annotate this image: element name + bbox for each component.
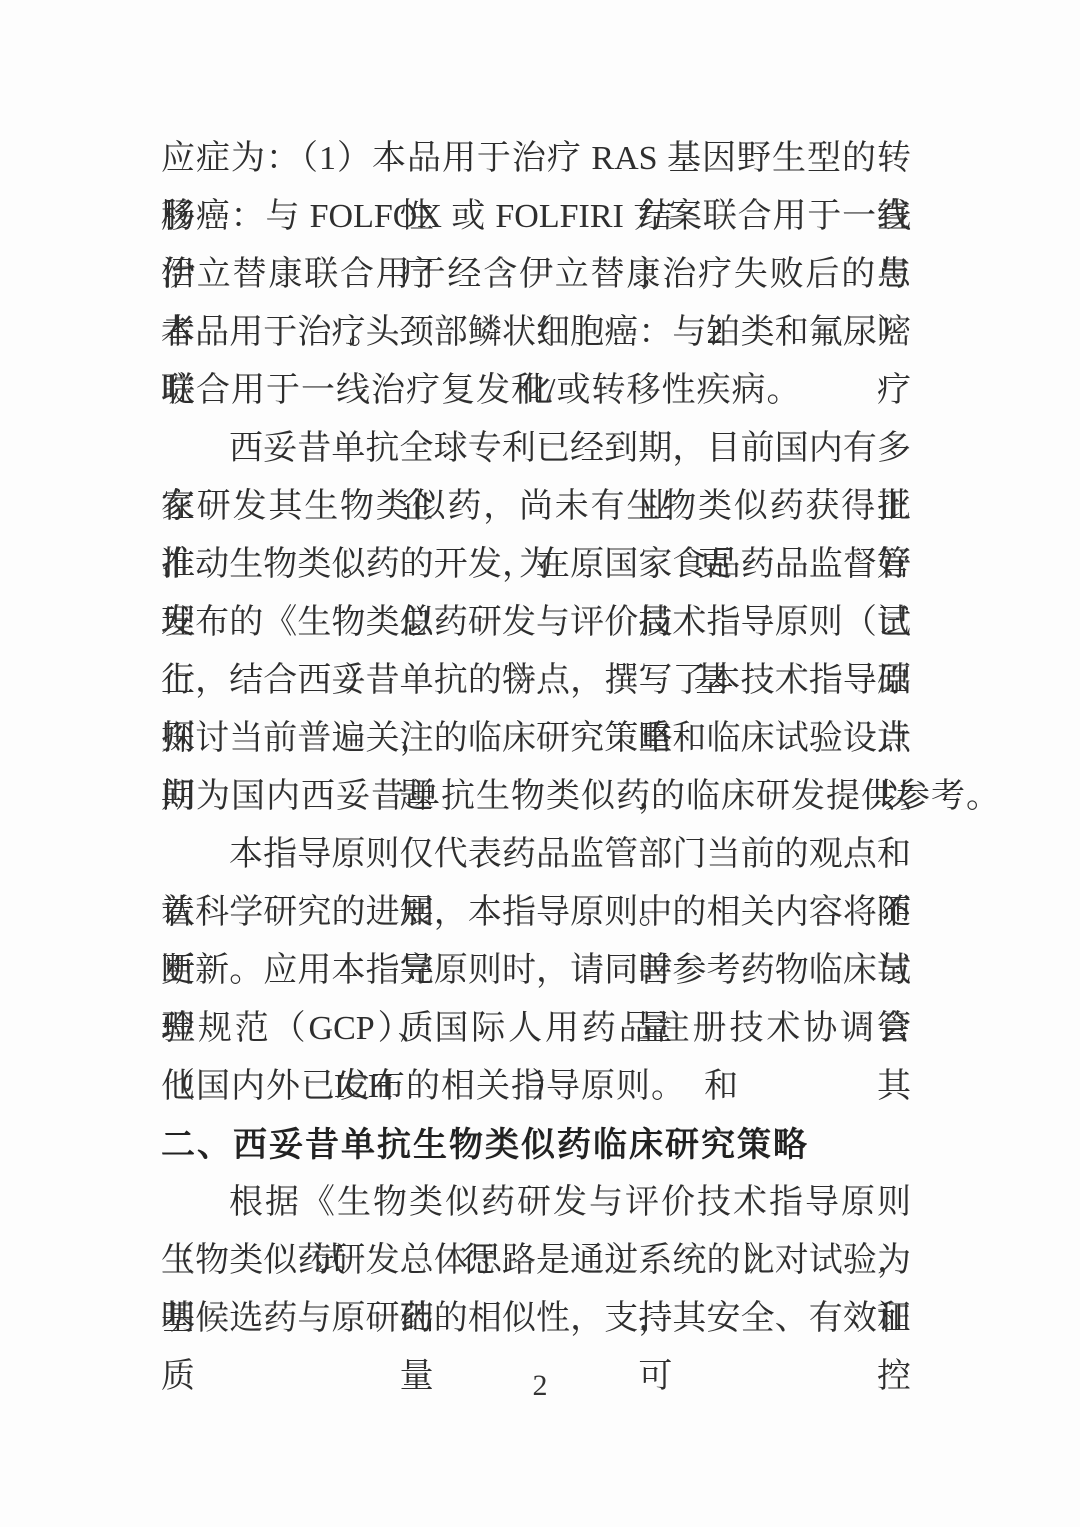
text-line: 更新。应用本指导原则时，请同时参考药物临床试验质量管	[161, 942, 911, 1000]
text-line: 西妥昔单抗全球专利已经到期，目前国内有多家企业正	[161, 420, 911, 478]
document-page: 应症为：（1）本品用于治疗 RAS 基因野生型的转移性结直 肠癌：与 FOLFO…	[0, 0, 1080, 1527]
text-line: 推动生物类似药的开发，在原国家食品药品监督管理总局已	[161, 536, 911, 594]
text-line: 肠癌：与 FOLFOX 或 FOLFIRI 方案联合用于一线治疗；与	[161, 188, 911, 246]
text-line: 伊立替康联合用于经含伊立替康治疗失败后的患者。（2）	[161, 246, 911, 304]
document-body: 应症为：（1）本品用于治疗 RAS 基因野生型的转移性结直 肠癌：与 FOLFO…	[161, 130, 911, 1348]
section-heading: 二、西妥昔单抗生物类似药临床研究策略	[161, 1116, 911, 1174]
text-line: 在研发其生物类似药，尚未有生物类似药获得批准。为更好	[161, 478, 911, 536]
text-line: 着科学研究的进展，本指导原则中的相关内容将不断完善与	[161, 884, 911, 942]
page-number: 2	[0, 1368, 1080, 1404]
text-line: 理规范（GCP）、国际人用药品注册技术协调会（ICH）和其	[161, 1000, 911, 1058]
text-line: 生物类似药研发总体思路是通过系统的比对试验为基础，证	[161, 1232, 911, 1290]
text-line: 上，结合西妥昔单抗的特点，撰写了本技术指导原则，重点	[161, 652, 911, 710]
text-line: 明候选药与原研药的相似性，支持其安全、有效和质量可控	[161, 1290, 911, 1348]
text-line: 发布的《生物类似药研发与评价技术指导原则（试行）》基础	[161, 594, 911, 652]
text-line: 联合用于一线治疗复发和/或转移性疾病。	[161, 362, 911, 420]
text-line: 本指导原则仅代表药品监管部门当前的观点和认知。随	[161, 826, 911, 884]
text-line: 探讨当前普遍关注的临床研究策略和临床试验设计问题，以	[161, 710, 911, 768]
text-line: 本品用于治疗头颈部鳞状细胞癌：与铂类和氟尿嘧啶化疗	[161, 304, 911, 362]
text-line: 期为国内西妥昔单抗生物类似药的临床研发提供参考。	[161, 768, 911, 826]
text-line: 应症为：（1）本品用于治疗 RAS 基因野生型的转移性结直	[161, 130, 911, 188]
text-line: 根据《生物类似药研发与评价技术指导原则（试行）》，	[161, 1174, 911, 1232]
